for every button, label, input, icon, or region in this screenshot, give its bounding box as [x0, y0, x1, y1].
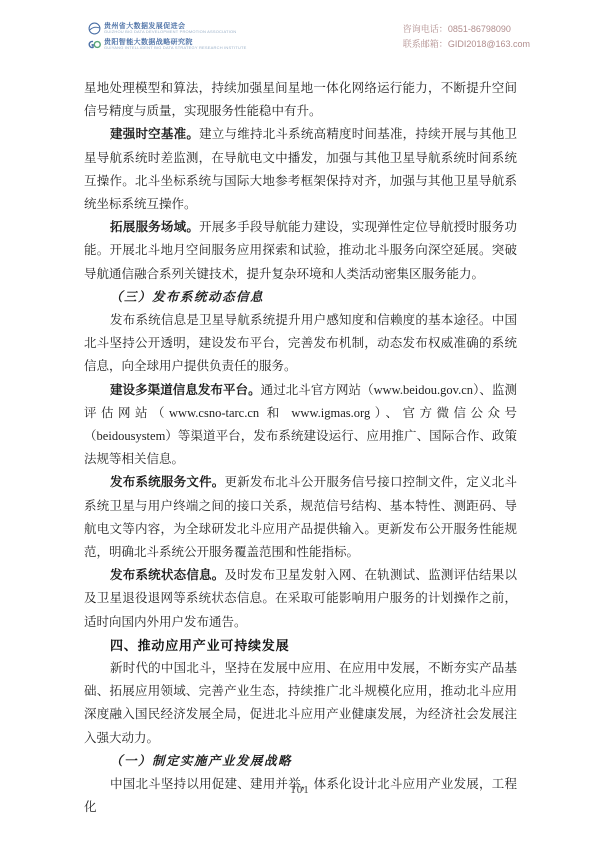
paragraph-lead: 拓展服务场域。 [110, 220, 199, 234]
subsection-heading: （三）发布系统动态信息 [84, 286, 517, 309]
contact-phone-value: 0851-86798090 [448, 24, 511, 34]
paragraph-text: 新时代的中国北斗，坚持在发展中应用、在应用中发展，不断夯实产品基础、拓展应用领域… [84, 661, 517, 745]
association-logo-text: 贵州省大数据发展促进会 GUIZHOU BIG DATA DEVELOPMENT… [104, 23, 236, 35]
logo-group: 贵州省大数据发展促进会 GUIZHOU BIG DATA DEVELOPMENT… [88, 22, 247, 51]
page-number: 101 [0, 784, 600, 796]
paragraph: 拓展服务场域。开展多手段导航能力建设，实现弹性定位导航授时服务功能。开展北斗地月… [84, 216, 517, 286]
letterhead: 贵州省大数据发展促进会 GUIZHOU BIG DATA DEVELOPMENT… [88, 22, 530, 52]
paragraph-text: 星地处理模型和算法，持续加强星间星地一体化网络运行能力，不断提升空间信号精度与质… [84, 81, 517, 118]
section-heading: 四、推动应用产业可持续发展 [84, 634, 517, 657]
contact-email-label: 联系邮箱： [403, 39, 448, 49]
paragraph: 发布系统状态信息。及时发布卫星发射入网、在轨测试、监测评估结果以及卫星退役退网等… [84, 564, 517, 634]
paragraph: 中国北斗坚持以用促建、建用并举，体系化设计北斗应用产业发展，工程化 [84, 773, 517, 819]
contact-phone-line: 咨询电话：0851-86798090 [403, 22, 530, 37]
paragraph: 建强时空基准。建立与维持北斗系统高精度时间基准，持续开展与其他卫星导航系统时差监… [84, 123, 517, 216]
document-body: 星地处理模型和算法，持续加强星间星地一体化网络运行能力，不断提升空间信号精度与质… [84, 77, 517, 820]
contact-info: 咨询电话：0851-86798090 联系邮箱：GIDI2018@163.com [403, 22, 530, 52]
paragraph: 星地处理模型和算法，持续加强星间星地一体化网络运行能力，不断提升空间信号精度与质… [84, 77, 517, 123]
document-page: 贵州省大数据发展促进会 GUIZHOU BIG DATA DEVELOPMENT… [0, 0, 600, 848]
paragraph: 建设多渠道信息发布平台。通过北斗官方网站（www.beidou.gov.cn）、… [84, 379, 517, 472]
contact-email-value: GIDI2018@163.com [448, 39, 530, 49]
association-globe-icon [88, 22, 101, 35]
institute-logo-text: 贵阳智能大数据战略研究院 GUIYANG INTELLIGENT BIG DAT… [104, 39, 247, 51]
paragraph-lead: 发布系统服务文件。 [110, 475, 225, 489]
paragraph-lead: 发布系统状态信息。 [110, 568, 225, 582]
association-subname: GUIZHOU BIG DATA DEVELOPMENT PROMOTION A… [104, 30, 236, 34]
contact-email-line: 联系邮箱：GIDI2018@163.com [403, 37, 530, 52]
logo-institute: 贵阳智能大数据战略研究院 GUIYANG INTELLIGENT BIG DAT… [88, 38, 247, 51]
institute-subname: GUIYANG INTELLIGENT BIG DATA STRATEGY RE… [104, 46, 247, 50]
paragraph: 新时代的中国北斗，坚持在发展中应用、在应用中发展，不断夯实产品基础、拓展应用领域… [84, 657, 517, 750]
paragraph: 发布系统服务文件。更新发布北斗公开服务信号接口控制文件，定义北斗系统卫星与用户终… [84, 471, 517, 564]
paragraph-text: 发布系统信息是卫星导航系统提升用户感知度和信赖度的基本途径。中国北斗坚持公开透明… [84, 313, 517, 373]
contact-phone-label: 咨询电话： [403, 24, 448, 34]
institute-go-icon [88, 38, 101, 51]
paragraph: 发布系统信息是卫星导航系统提升用户感知度和信赖度的基本途径。中国北斗坚持公开透明… [84, 309, 517, 379]
paragraph-lead: 建强时空基准。 [110, 127, 199, 141]
paragraph-lead: 建设多渠道信息发布平台。 [110, 383, 261, 397]
logo-association: 贵州省大数据发展促进会 GUIZHOU BIG DATA DEVELOPMENT… [88, 22, 247, 35]
subsection-heading: （一）制定实施产业发展战略 [84, 750, 517, 773]
